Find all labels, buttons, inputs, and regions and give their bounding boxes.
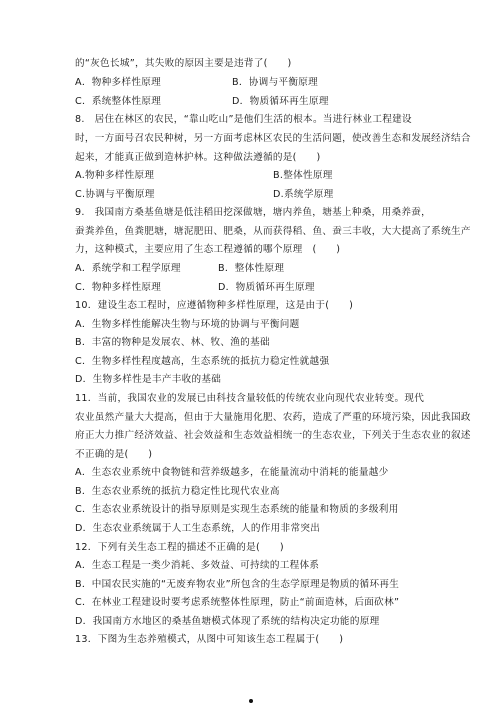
answer-option: D．物质循环再生原理 [232,96,329,108]
answer-option: D．物质循环再生原理 [218,282,315,294]
text-line: 起来，才能真正做到造林护林。这种做法遵循的是( ) [75,152,321,164]
text-line: C．生态农业系统设计的指导原则是实现生态系统的能量和物质的多级利用 [75,504,399,516]
answer-option: C．物种多样性原理 [75,282,161,294]
text-line: 10．建设生态工程时，应遵循物种多样性原理，这是由于( ) [75,300,353,312]
text-line: 时，一方面号召农民种树，另一方面考虑林区农民的生活问题，使改善生态和发展经济结合 [75,133,471,145]
text-line: A．生态工程是一类少消耗、多效益、可持续的工程体系 [75,560,319,572]
text-line: 的“灰色长城”，其失败的原因主要是违背了( ) [75,58,292,70]
answer-option: A．系统学和工程学原理 [75,263,181,275]
answer-option: B．协调与平衡原理 [232,77,318,89]
text-line: A．生物多样性能解决生物与环境的协调与平衡问题 [75,319,300,331]
text-line: A．生态农业系统中食物链和营养级越多，在能量流动中消耗的能量越少 [75,467,389,479]
text-line: 8. 居住在林区的农民，“靠山吃山”是他们生活的根本。当进行林业工程建设 [75,114,412,126]
text-line: 不正确的是( ) [75,449,152,461]
text-line: 府正大力推广经济效益、社会效益和生态效益相统一的生态农业，下列关于生态农业的叙述 [75,430,471,442]
text-line: B．生态农业系统的抵抗力稳定性比现代农业高 [75,486,280,498]
text-line: C．在林业工程建设时要考虑系统整体性原理，防止“前面造林，后面砍林” [75,597,399,609]
document-page: 的“灰色长城”，其失败的原因主要是违背了( )A．物种多样性原理B．协调与平衡原… [0,0,500,707]
text-line: 蚕粪养鱼，鱼粪肥塘，塘泥肥田、肥桑，从而获得稻、鱼、蚕三丰收，大大提高了系统生产 [75,226,471,238]
text-line: D．生物多样性是丰产丰收的基础 [75,374,221,386]
text-line: 9. 我国南方桑基鱼塘是低洼稻田挖深做塘，塘内养鱼，塘基上种桑，用桑养蚕， [75,207,431,219]
answer-option: A．物种多样性原理 [75,77,161,89]
text-line: B．中国农民实施的“无废弃物农业”所包含的生态学原理是物质的循环再生 [75,579,399,591]
answer-option: B．整体性原理 [218,263,284,275]
answer-option: B.整体性原理 [273,170,333,182]
answer-option: C．系统整体性原理 [75,96,161,108]
text-line: 11．当前，我国农业的发展已由科技含量较低的传统农业向现代农业转变。现代 [75,393,424,405]
answer-option: A.物种多样性原理 [75,170,154,182]
page-marker-dot [249,699,253,703]
answer-option: D.系统学原理 [273,189,334,201]
text-line: D．我国南方水地区的桑基鱼塘模式体现了系统的结构决定功能的原理 [75,616,380,628]
text-line: B．丰富的物种是发展农、林、牧、渔的基础 [75,337,270,349]
answer-option: C.协调与平衡原理 [75,189,155,201]
text-line: D．生态农业系统属于人工生态系统，人的作用非常突出 [75,523,320,535]
text-line: 农业虽然产量大大提高，但由于大量施用化肥、农药，造成了严重的环境污染，因此我国政 [75,412,471,424]
text-line: 力，这种模式，主要应用了生态工程遵循的哪个原理 ( ) [75,244,340,256]
text-line: C．生物多样性程度越高，生态系统的抵抗力稳定性就越强 [75,356,329,368]
text-line: 12．下列有关生态工程的描述不正确的是( ) [75,542,284,554]
text-line: 13．下图为生态养殖模式，从图中可知该生态工程属于( ) [75,634,343,646]
